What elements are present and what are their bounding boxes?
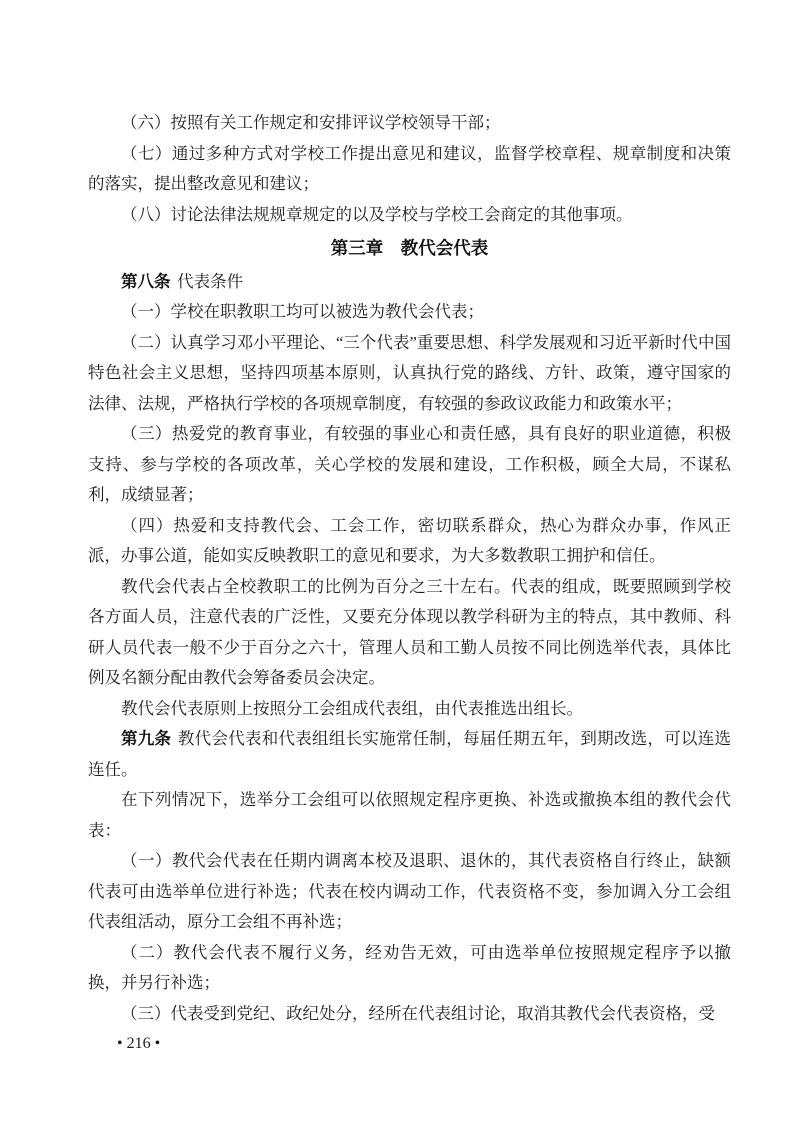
page-number: • 216 • xyxy=(117,1033,160,1055)
paragraph: （二）认真学习邓小平理论、“三个代表”重要思想、科学发展观和习近平新时代中国特色… xyxy=(88,328,731,420)
paragraph: （三）代表受到党纪、政纪处分，经所在代表组讨论，取消其教代会代表资格，受 xyxy=(88,999,731,1030)
paragraph: （二）教代会代表不履行义务，经劝告无效，可由选举单位按照规定程序予以撤换，并另行… xyxy=(88,938,731,999)
paragraph: （一）教代会代表在任期内调离本校及退职、退休的，其代表资格自行终止，缺额代表可由… xyxy=(88,846,731,938)
paragraph: 第八条代表条件 xyxy=(88,267,731,298)
paragraph: （三）热爱党的教育事业，有较强的事业心和责任感，具有良好的职业道德，积极支持、参… xyxy=(88,419,731,511)
document-page: （六）按照有关工作规定和安排评议学校领导干部；（七）通过多种方式对学校工作提出意… xyxy=(0,0,793,1122)
article-number: 第九条 xyxy=(121,730,171,748)
paragraph: 教代会代表原则上按照分工会组成代表组，由代表推选出组长。 xyxy=(88,694,731,725)
paragraph: 教代会代表占全校教职工的比例为百分之三十左右。代表的组成，既要照顾到学校各方面人… xyxy=(88,572,731,694)
article-number: 第八条 xyxy=(121,273,171,291)
page-content: （六）按照有关工作规定和安排评议学校领导干部；（七）通过多种方式对学校工作提出意… xyxy=(88,108,731,1029)
paragraph: （六）按照有关工作规定和安排评议学校领导干部； xyxy=(88,108,731,139)
paragraph: 在下列情况下，选举分工会组可以依照规定程序更换、补选或撤换本组的教代会代表： xyxy=(88,785,731,846)
paragraph: （八）讨论法律法规规章规定的以及学校与学校工会商定的其他事项。 xyxy=(88,200,731,231)
paragraph: （七）通过多种方式对学校工作提出意见和建议，监督学校章程、规章制度和决策的落实，… xyxy=(88,139,731,200)
chapter-heading: 第三章 教代会代表 xyxy=(88,233,731,264)
paragraph: （四）热爱和支持教代会、工会工作，密切联系群众，热心为群众办事，作风正派，办事公… xyxy=(88,511,731,572)
paragraph: （一）学校在职教职工均可以被选为教代会代表； xyxy=(88,297,731,328)
paragraph: 第九条教代会代表和代表组组长实施常任制，每届任期五年，到期改选，可以连选连任。 xyxy=(88,724,731,785)
